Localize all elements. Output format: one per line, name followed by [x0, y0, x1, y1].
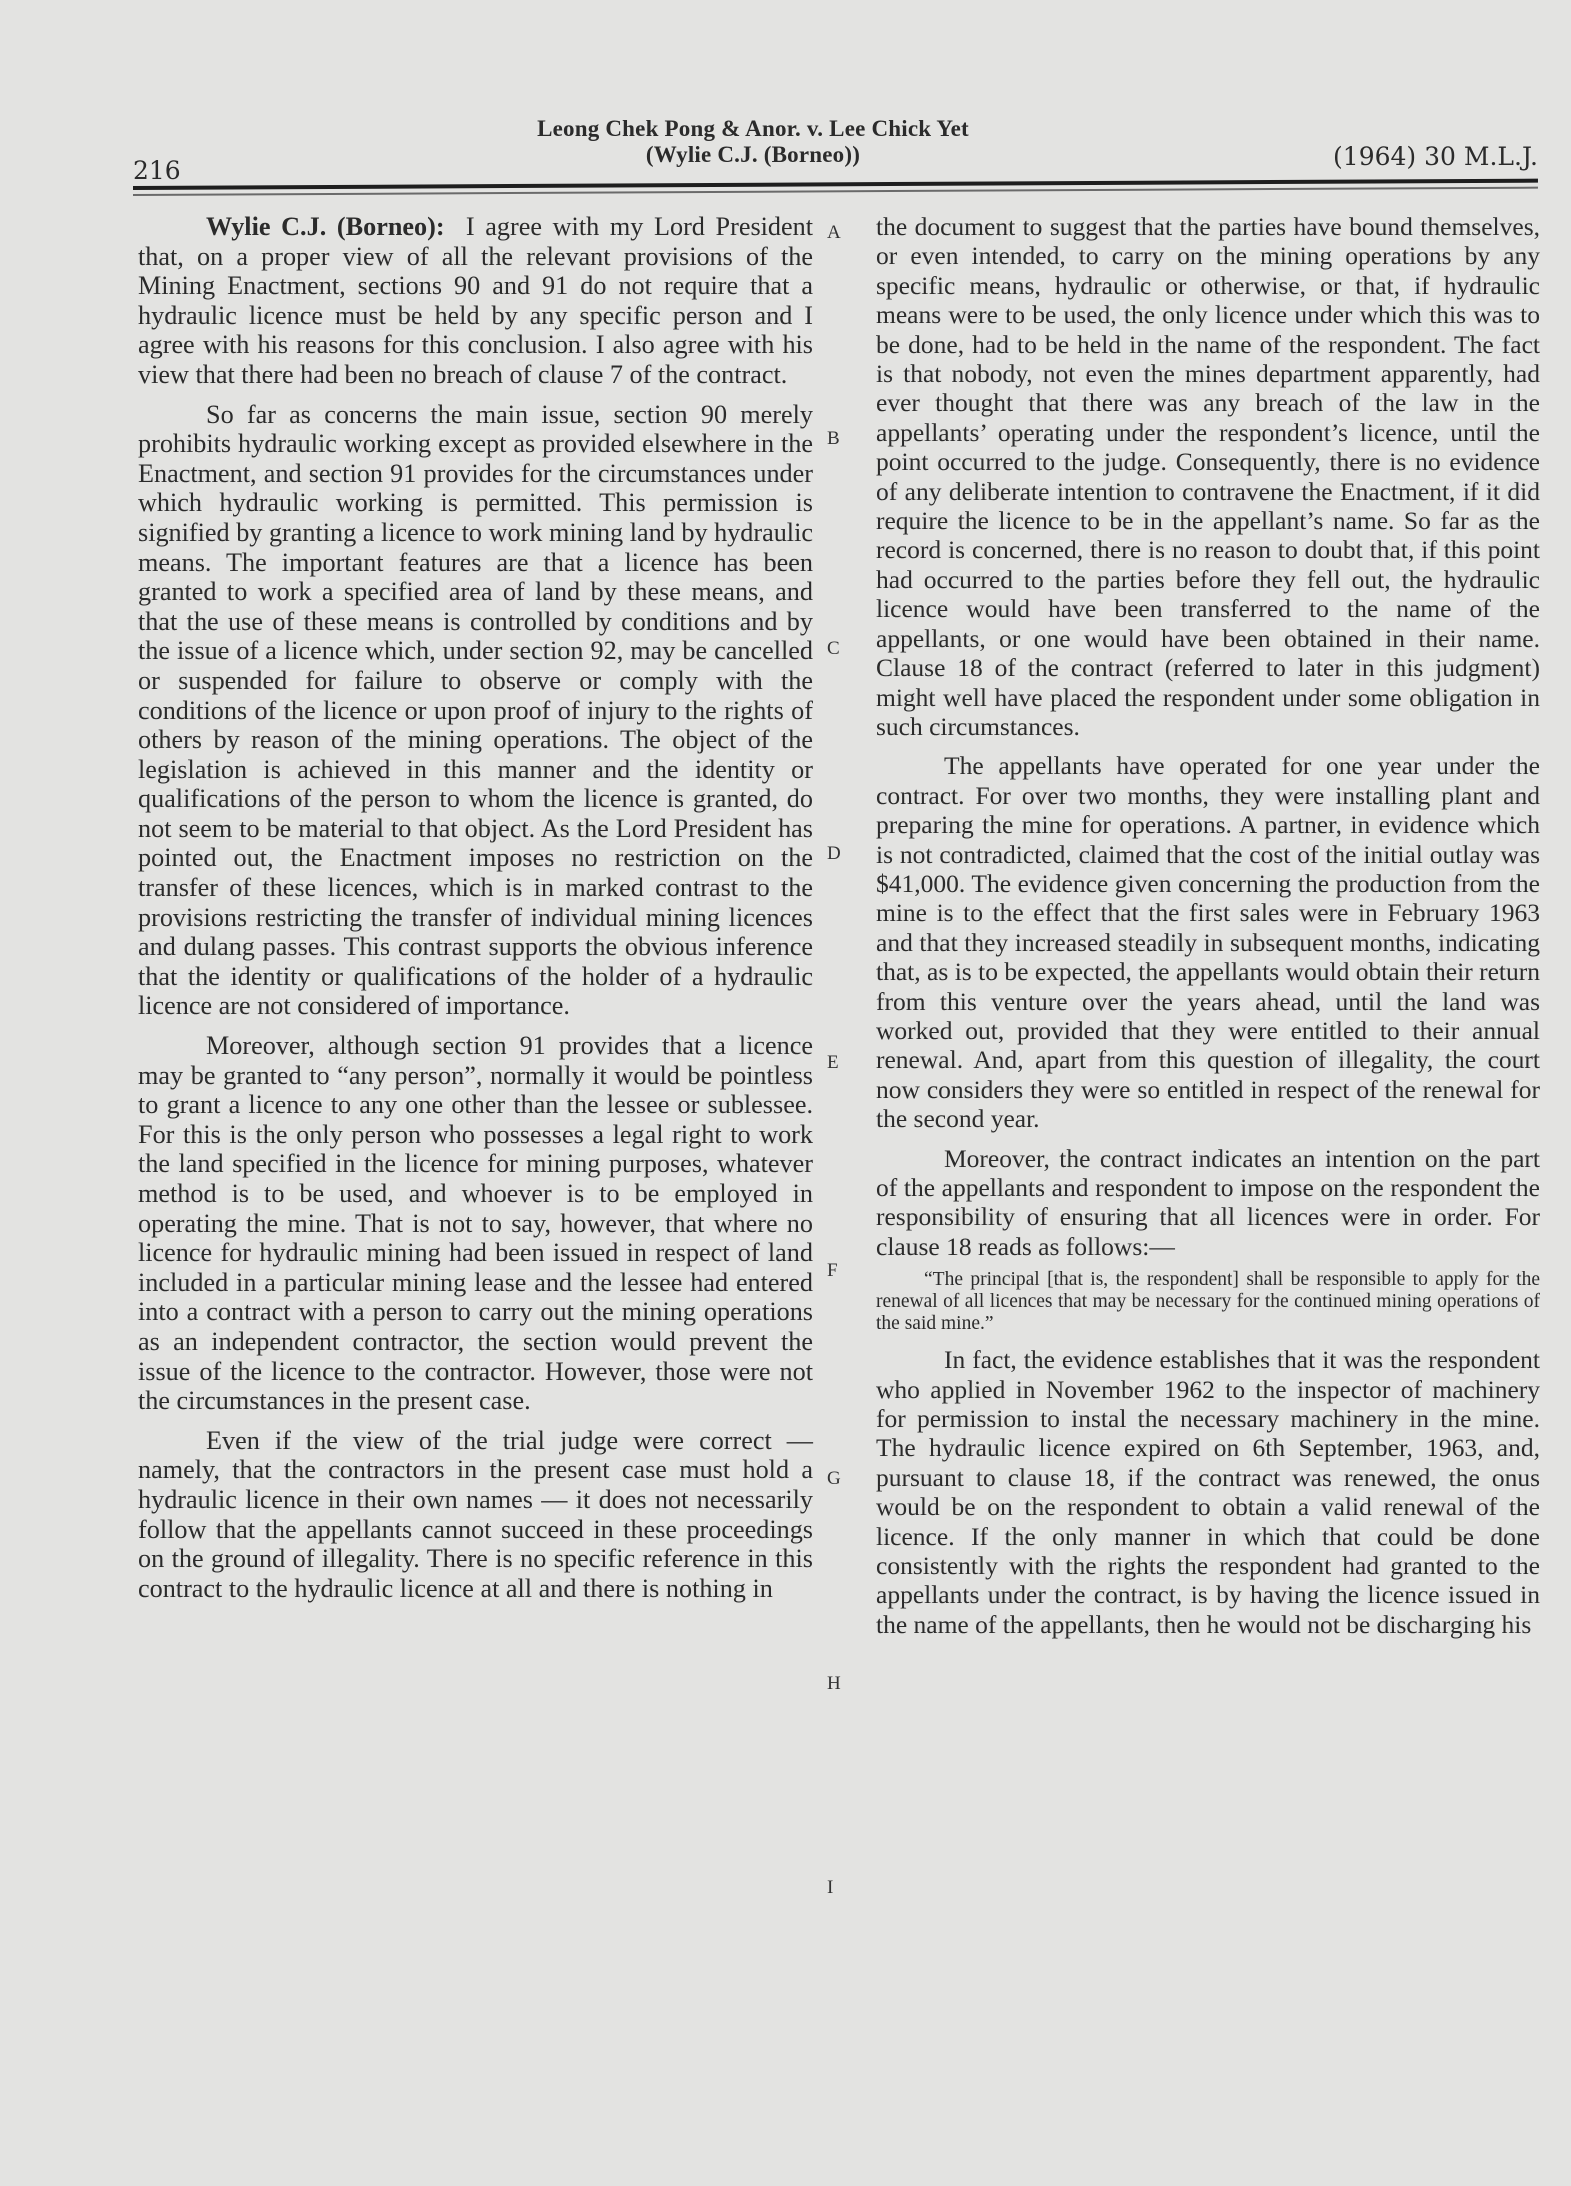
margin-letter: F: [827, 1260, 838, 1282]
margin-letter: G: [827, 1468, 841, 1490]
paragraph: The appellants have operated for one yea…: [876, 751, 1540, 1133]
margin-letter: H: [827, 1673, 841, 1695]
paragraph: Moreover, the contract indicates an inte…: [876, 1144, 1540, 1262]
judge-name: (Wylie C.J. (Borneo)): [433, 142, 1073, 168]
paragraph: Moreover, although section 91 provides t…: [138, 1031, 813, 1416]
paragraph: In fact, the evidence establishes that i…: [876, 1345, 1540, 1639]
paragraph: the document to suggest that the parties…: [876, 212, 1540, 741]
margin-letter: C: [827, 638, 840, 660]
block-quote: “The principal [that is, the respondent]…: [876, 1269, 1540, 1335]
citation: (1964) 30 M.L.J.: [1333, 142, 1538, 171]
paragraph: So far as concerns the main issue, secti…: [138, 400, 813, 1021]
margin-letter: E: [827, 1052, 839, 1074]
left-column: Wylie C.J. (Borneo): I agree with my Lor…: [138, 212, 813, 1603]
margin-letter: B: [827, 428, 840, 450]
paragraph: Wylie C.J. (Borneo): I agree with my Lor…: [138, 212, 813, 390]
right-column: the document to suggest that the parties…: [876, 212, 1540, 1639]
speaker-label: Wylie C.J. (Borneo):: [206, 212, 445, 241]
paragraph: Even if the view of the trial judge were…: [138, 1426, 813, 1604]
page-number: 216: [133, 156, 181, 185]
margin-letter: A: [827, 222, 841, 244]
running-title: Leong Chek Pong & Anor. v. Lee Chick Yet…: [433, 116, 1073, 168]
margin-letter: I: [827, 1877, 833, 1899]
case-name: Leong Chek Pong & Anor. v. Lee Chick Yet: [433, 116, 1073, 142]
margin-letter: D: [827, 843, 841, 865]
